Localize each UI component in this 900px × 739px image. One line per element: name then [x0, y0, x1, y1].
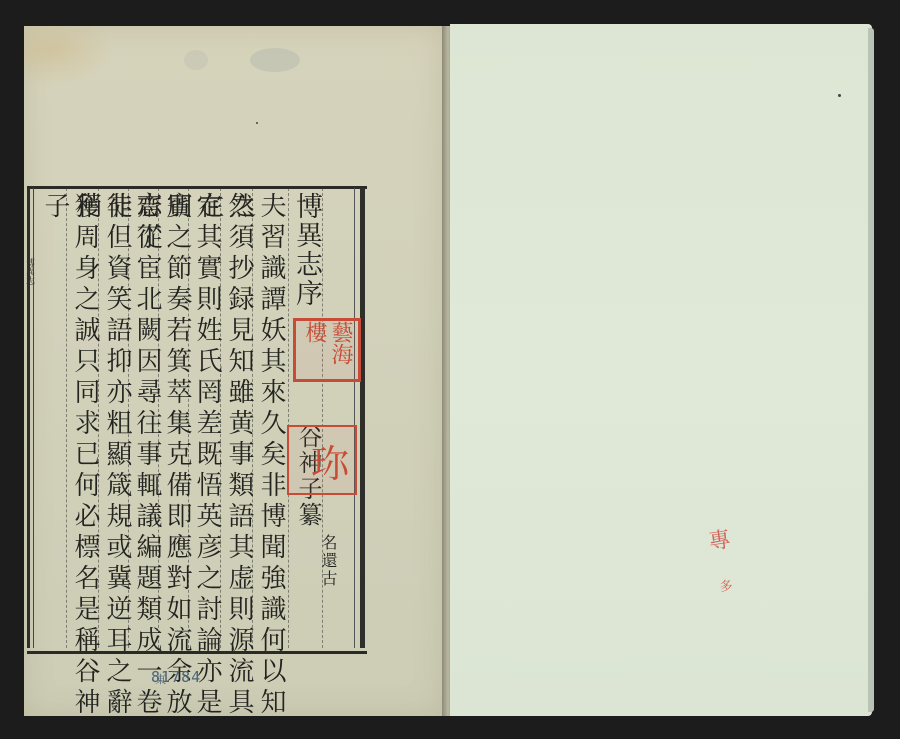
column-rule — [66, 188, 67, 648]
text-column-5: 齋從宦北闕因尋往事輒議編題類成一卷非 — [132, 192, 162, 739]
spine-label: 博異志 — [26, 258, 36, 285]
frame-left-border — [27, 188, 30, 648]
paper-speck — [838, 94, 841, 97]
frame-inner-line — [33, 188, 34, 648]
text-column-7: 獲周身之誠只同求已何必標名是稱谷神子 — [70, 192, 100, 739]
paper-speck — [256, 122, 258, 124]
page-edge — [868, 28, 874, 712]
text-column-2: 然須抄録見知雖黄事類語其虚則源流具在 — [224, 192, 254, 739]
text-column-1: 夫習識譚妖其來久矣非博聞強識何以知之 — [256, 192, 286, 739]
frame-right-inner-line — [354, 188, 355, 648]
preface-title: 博異志序 — [296, 192, 326, 308]
text-column-4: 朋之節奏若箕萃集克備即應對如流余放志丁 — [162, 192, 192, 739]
red-mark-main: 專 — [704, 527, 732, 554]
seal-text: 珎 — [311, 433, 349, 488]
frame-right-border — [360, 188, 365, 648]
seal-text: 藝海樓 — [301, 321, 353, 379]
red-mark-sub: 多 — [716, 578, 733, 594]
collector-seal-small: 珎 — [287, 425, 357, 495]
bleed-through-mark — [250, 48, 300, 72]
collector-seal-square: 藝海樓 — [293, 318, 361, 382]
library-stamp-number: 81784 — [151, 668, 201, 686]
text-column-3: 定其實則姓氏罔差既悟英彦之討論亦是賓 — [192, 192, 222, 739]
bleed-through-mark — [184, 50, 208, 70]
paper-stain — [24, 26, 114, 86]
text-column-6: 徒但資笑語抑亦粗顯箴規或冀逆耳之辭稍 — [102, 192, 132, 739]
right-page-blank — [450, 24, 872, 716]
author-note: 名還古 — [322, 534, 340, 588]
